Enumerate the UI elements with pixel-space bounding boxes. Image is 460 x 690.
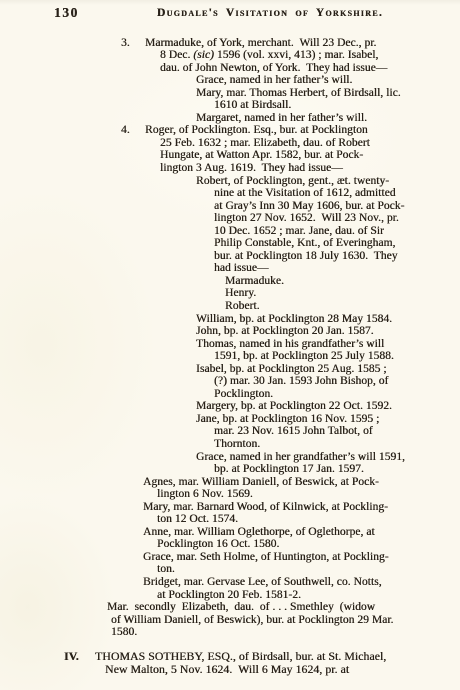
running-title: Dugdale's Visitation of Yorkshire. xyxy=(120,7,420,19)
text-line: Grace, named in her father’s will. xyxy=(0,74,460,87)
line-text: mar. 23 Nov. 1615 John Talbot, of xyxy=(214,425,373,437)
line-text: Margery, bp. at Pocklington 22 Oct. 1592… xyxy=(196,400,392,412)
text-line: Isabel, bp. at Pocklington 25 Aug. 1585 … xyxy=(0,363,460,376)
line-text: at Pocklington 20 Feb. 1581-2. xyxy=(157,589,301,601)
text-line: 8 Dec. (sic) 1596 (vol. xxvi, 413) ; mar… xyxy=(0,49,460,62)
line-text: 25 Feb. 1632 ; mar. Elizabeth, dau. of R… xyxy=(160,137,370,149)
line-text: Henry. xyxy=(225,287,256,299)
line-text: Grace, named in her father’s will. xyxy=(196,74,352,86)
text-line: Bridget, mar. Gervase Lee, of Southwell,… xyxy=(0,576,460,589)
running-head: 130 Dugdale's Visitation of Yorkshire. xyxy=(0,4,460,22)
text-line: Anne, mar. William Oglethorpe, of Ogleth… xyxy=(0,526,460,539)
text-line: 25 Feb. 1632 ; mar. Elizabeth, dau. of R… xyxy=(0,137,460,150)
text-line: 1610 at Birdsall. xyxy=(0,99,460,112)
line-text: Bridget, mar. Gervase Lee, of Southwell,… xyxy=(143,576,382,588)
text-line: (?) mar. 30 Jan. 1593 John Bishop, of xyxy=(0,375,460,388)
line-text: 1610 at Birdsall. xyxy=(214,99,291,111)
text-line: 4.Roger, of Pocklington. Esq., bur. at P… xyxy=(0,124,460,137)
text-line: Robert. xyxy=(0,300,460,313)
line-text: lington 27 Nov. 1652. Will 23 Nov., pr. xyxy=(214,212,399,224)
line-text: ton 12 Oct. 1574. xyxy=(157,513,238,525)
text-line: Robert, of Pocklington, gent., æt. twent… xyxy=(0,175,460,188)
line-text: lington 3 Aug. 1619. They had issue— xyxy=(160,162,343,174)
text-line: at Gray’s Inn 30 May 1606, bur. at Pock- xyxy=(0,200,460,213)
item-number: 3. xyxy=(121,37,130,50)
line-text: Pocklington. xyxy=(214,388,273,400)
line-text: Hungate, at Watton Apr. 1582, bur. at Po… xyxy=(160,149,363,161)
text-line: had issue— xyxy=(0,262,460,275)
text-line: Thomas, named in his grandfather’s will xyxy=(0,338,460,351)
text-line: ton 12 Oct. 1574. xyxy=(0,513,460,526)
line-text: Anne, mar. William Oglethorpe, of Ogleth… xyxy=(143,526,375,538)
text-line: Philip Constable, Knt., of Everingham, xyxy=(0,237,460,250)
line-text: 1591, bp. at Pocklington 25 July 1588. xyxy=(214,350,394,362)
text-line: bur. at Pocklington 18 July 1630. They xyxy=(0,250,460,263)
text-line: lington 27 Nov. 1652. Will 23 Nov., pr. xyxy=(0,212,460,225)
text-line: nine at the Visitation of 1612, admitted xyxy=(0,187,460,200)
line-text: lington 6 Nov. 1569. xyxy=(157,488,253,500)
text-line: Mary, mar. Thomas Herbert, of Birdsall, … xyxy=(0,87,460,100)
text-line: Mary, mar. Barnard Wood, of Kilnwick, at… xyxy=(0,501,460,514)
text-line: of William Daniell, of Beswick), bur. at… xyxy=(0,614,460,627)
item-number: IV. xyxy=(64,650,79,663)
line-text: Roger, of Pocklington. Esq., bur. at Poc… xyxy=(145,124,368,136)
text-line: Jane, bp. at Pocklington 16 Nov. 1595 ; xyxy=(0,413,460,426)
text-line: New Malton, 5 Nov. 1624. Will 6 May 1624… xyxy=(0,663,460,676)
text-line: John, bp. at Pocklington 20 Jan. 1587. xyxy=(0,325,460,338)
text-line: 3.Marmaduke, of York, merchant. Will 23 … xyxy=(0,37,460,50)
line-text: nine at the Visitation of 1612, admitted xyxy=(214,187,396,199)
text-line: Margery, bp. at Pocklington 22 Oct. 1592… xyxy=(0,400,460,413)
line-text: 1580. xyxy=(111,626,137,638)
text-line: Henry. xyxy=(0,287,460,300)
line-text: had issue— xyxy=(214,262,268,274)
page-lines: 3.Marmaduke, of York, merchant. Will 23 … xyxy=(0,37,460,676)
line-text: Marmaduke. xyxy=(225,275,284,287)
line-text: Mar. secondly Elizabeth, dau. of . . . S… xyxy=(107,601,375,613)
line-text: 8 Dec. (sic) 1596 (vol. xxvi, 413) ; mar… xyxy=(160,49,378,61)
page-number: 130 xyxy=(54,5,79,21)
line-text: ton. xyxy=(157,563,175,575)
line-text: Thornton. xyxy=(214,438,260,450)
text-line: Pocklington. xyxy=(0,388,460,401)
text-line: Hungate, at Watton Apr. 1582, bur. at Po… xyxy=(0,149,460,162)
text-line: dau. of John Newton, of York. They had i… xyxy=(0,62,460,75)
line-text: of William Daniell, of Beswick), bur. at… xyxy=(111,614,393,626)
text-line: Margaret, named in her father’s will. xyxy=(0,112,460,125)
text-line: at Pocklington 20 Feb. 1581-2. xyxy=(0,589,460,602)
line-text: Isabel, bp. at Pocklington 25 Aug. 1585 … xyxy=(196,363,387,375)
line-text: bp. at Pocklington 17 Jan. 1597. xyxy=(214,463,364,475)
text-line: Pocklington 16 Oct. 1580. xyxy=(0,538,460,551)
text-line: mar. 23 Nov. 1615 John Talbot, of xyxy=(0,425,460,438)
line-text: 10 Dec. 1652 ; mar. Jane, dau. of Sir xyxy=(214,225,384,237)
line-text: Mary, mar. Barnard Wood, of Kilnwick, at… xyxy=(143,501,388,513)
text-line: bp. at Pocklington 17 Jan. 1597. xyxy=(0,463,460,476)
line-text: bur. at Pocklington 18 July 1630. They xyxy=(214,250,398,262)
line-text: William, bp. at Pocklington 28 May 1584. xyxy=(196,313,392,325)
line-text: Jane, bp. at Pocklington 16 Nov. 1595 ; xyxy=(196,413,379,425)
text-line: ton. xyxy=(0,563,460,576)
text-line: Marmaduke. xyxy=(0,275,460,288)
item-number: 4. xyxy=(121,124,130,137)
line-text: Robert. xyxy=(225,300,260,312)
text-line: lington 3 Aug. 1619. They had issue— xyxy=(0,162,460,175)
text-line: Grace, mar. Seth Holme, of Huntington, a… xyxy=(0,551,460,564)
line-text: Robert, of Pocklington, gent., æt. twent… xyxy=(196,175,389,187)
text-line: Agnes, mar. William Daniell, of Beswick,… xyxy=(0,476,460,489)
text-line: William, bp. at Pocklington 28 May 1584. xyxy=(0,313,460,326)
line-text: (?) mar. 30 Jan. 1593 John Bishop, of xyxy=(214,375,388,387)
text-line: Thornton. xyxy=(0,438,460,451)
line-text: Marmaduke, of York, merchant. Will 23 De… xyxy=(145,37,376,49)
text-line: 1580. xyxy=(0,626,460,639)
line-text: John, bp. at Pocklington 20 Jan. 1587. xyxy=(196,325,374,337)
line-text: Grace, named in her grandfather’s will 1… xyxy=(196,451,405,463)
line-text: Margaret, named in her father’s will. xyxy=(196,112,367,124)
line-text: dau. of John Newton, of York. They had i… xyxy=(160,62,387,74)
line-text: Pocklington 16 Oct. 1580. xyxy=(157,538,279,550)
book-page-scan: 130 Dugdale's Visitation of Yorkshire. 3… xyxy=(0,0,460,690)
text-line: 1591, bp. at Pocklington 25 July 1588. xyxy=(0,350,460,363)
line-text: at Gray’s Inn 30 May 1606, bur. at Pock- xyxy=(214,200,404,212)
line-text: Philip Constable, Knt., of Everingham, xyxy=(214,237,395,249)
line-text: New Malton, 5 Nov. 1624. Will 6 May 1624… xyxy=(105,662,349,676)
line-text: Agnes, mar. William Daniell, of Beswick,… xyxy=(143,476,379,488)
text-line: 10 Dec. 1652 ; mar. Jane, dau. of Sir xyxy=(0,225,460,238)
text-line: lington 6 Nov. 1569. xyxy=(0,488,460,501)
text-line: Grace, named in her grandfather’s will 1… xyxy=(0,451,460,464)
line-text: Mary, mar. Thomas Herbert, of Birdsall, … xyxy=(196,87,401,99)
line-text: Thomas, named in his grandfather’s will xyxy=(196,338,384,350)
line-text: Grace, mar. Seth Holme, of Huntington, a… xyxy=(143,551,389,563)
text-line: Mar. secondly Elizabeth, dau. of . . . S… xyxy=(0,601,460,614)
